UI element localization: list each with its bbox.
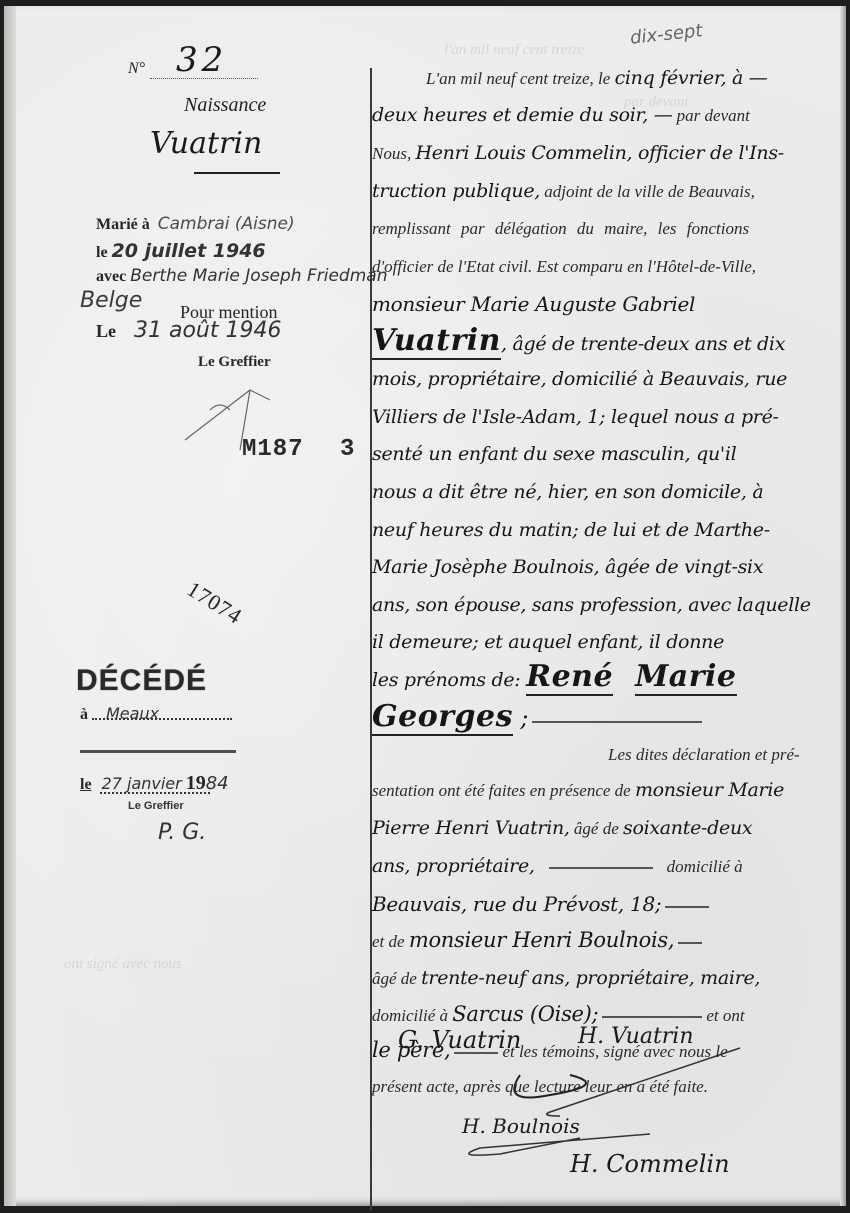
body-line-4: truction publique, adjoint de la ville d…	[372, 173, 824, 209]
avec-label: avec	[96, 268, 126, 285]
page-edge-shadow	[840, 6, 846, 1206]
body-line-11: senté un enfant du sexe masculin, qu'il	[372, 436, 824, 472]
body-print: L'an mil neuf cent treize, le	[426, 69, 615, 88]
body-line-6: d'officier de l'Etat civil. Est comparu …	[372, 248, 824, 284]
filler-stroke	[532, 721, 702, 723]
body-print: âgé de	[372, 969, 421, 988]
body-handwriting: , âgé de trente-deux ans et dix	[501, 333, 785, 355]
body-line-16: il demeure; et auquel enfant, il donne	[372, 624, 824, 660]
marriage-date-label: le	[96, 244, 108, 261]
child-third-name: Georges	[372, 699, 513, 736]
bleed-through-text: ont signé avec nous	[64, 956, 182, 973]
death-year-printed: 19	[186, 772, 206, 794]
marriage-date-row: le 20 juillet 1946	[96, 240, 266, 262]
body-line-24: et de monsieur Henri Boulnois,	[372, 922, 824, 958]
marriage-date: 20 juillet 1946	[112, 240, 266, 262]
body-line-25: âgé de trente-neuf ans, propriétaire, ma…	[372, 960, 824, 996]
body-print: remplissant par délégation du maire, les…	[372, 219, 749, 238]
marriage-mention-stamp: Marié à Cambrai (Aisne)	[96, 214, 295, 234]
record-number-value: 32	[176, 40, 227, 80]
body-handwriting: ;	[513, 704, 528, 732]
body-handwriting: Beauvais, rue du Prévost, 18;	[372, 892, 661, 916]
death-year-written: 84	[206, 773, 229, 794]
body-line-20: sentation ont été faites en présence de …	[372, 772, 824, 808]
body-print: adjoint de la ville de Beauvais,	[540, 182, 755, 201]
greffier-initials: P. G.	[158, 820, 206, 845]
reference-stamp-suffix: 3	[340, 436, 354, 463]
body-handwriting: deux heures et demie du soir, —	[372, 104, 672, 126]
body-handwriting: les prénoms de:	[372, 669, 526, 691]
body-print: âgé de	[570, 819, 623, 838]
body-line-2: deux heures et demie du soir, — par deva…	[372, 97, 824, 133]
body-handwriting: Villiers de l'Isle-Adam, 1; lequel nous …	[372, 406, 779, 428]
mention-date-row: Le 31 août 1946	[96, 318, 281, 343]
body-line-12: nous a dit être né, hier, en son domicil…	[372, 474, 824, 510]
reference-stamp: M187	[242, 436, 304, 463]
body-handwriting: Pierre Henri Vuatrin,	[372, 817, 570, 839]
death-date-dotted-line	[100, 792, 210, 794]
page-spine-shadow	[4, 6, 16, 1206]
body-line-21: Pierre Henri Vuatrin, âgé de soixante-de…	[372, 810, 824, 846]
body-line-8: Vuatrin, âgé de trente-deux ans et dix	[372, 322, 824, 358]
marriage-place: Cambrai (Aisne)	[158, 214, 295, 234]
body-line-3: Nous, Henri Louis Commelin, officier de …	[372, 135, 824, 171]
body-line-19: Les dites déclaration et pré-	[372, 736, 824, 772]
record-number-dotted-line	[150, 78, 258, 79]
father-surname: Vuatrin	[372, 323, 501, 360]
child-first-name: René	[526, 659, 613, 696]
body-print: et de	[372, 932, 409, 951]
marie-label: Marié à	[96, 216, 150, 233]
body-print: Les dites déclaration et pré-	[608, 745, 800, 764]
filler-stroke	[678, 942, 702, 944]
signature-flourishes	[440, 1040, 760, 1170]
record-number-label: N°	[128, 60, 145, 78]
body-line-14: Marie Josèphe Boulnois, âgée de vingt-si…	[372, 549, 824, 585]
death-place-dotted-line	[92, 718, 232, 720]
body-handwriting: cinq février, à —	[615, 67, 768, 89]
body-handwriting: neuf heures du matin; de lui et de Marth…	[372, 519, 770, 541]
filler-stroke	[665, 906, 709, 908]
body-line-10: Villiers de l'Isle-Adam, 1; lequel nous …	[372, 399, 824, 435]
body-line-17: les prénoms de: RenéMarie	[372, 658, 824, 694]
body-handwriting: trente-neuf ans, propriétaire, maire,	[421, 967, 760, 989]
spouse-name: Berthe Marie Joseph Friedman	[130, 266, 387, 286]
body-line-22: ans, propriétaire,domicilié à	[372, 848, 824, 884]
death-greffier-label: Le Greffier	[128, 800, 184, 812]
body-handwriting: truction publique,	[372, 180, 540, 202]
body-print: et ont	[706, 1006, 744, 1025]
death-date: 27 janvier	[102, 774, 182, 793]
death-date-label: le	[80, 776, 92, 793]
body-handwriting: Henri Louis Commelin, officier de l'Ins-	[415, 142, 783, 164]
surname-underline	[194, 172, 280, 174]
child-second-name: Marie	[635, 659, 736, 696]
body-line-23: Beauvais, rue du Prévost, 18;	[372, 886, 824, 922]
body-handwriting: nous a dit être né, hier, en son domicil…	[372, 481, 763, 503]
margin-surname: Vuatrin	[150, 126, 262, 161]
le-label: Le	[96, 321, 116, 341]
body-handwriting: monsieur Henri Boulnois,	[409, 928, 674, 952]
body-handwriting: monsieur Marie	[635, 779, 784, 801]
body-handwriting: monsieur Marie Auguste Gabriel	[372, 292, 695, 316]
death-stamp-rule	[80, 750, 236, 753]
body-line-5: remplissant par délégation du maire, les…	[372, 210, 824, 246]
death-stamp-title: DÉCÉDÉ	[76, 664, 207, 698]
body-line-18: Georges ;	[372, 698, 824, 734]
body-handwriting: Marie Josèphe Boulnois, âgée de vingt-si…	[372, 556, 763, 578]
death-place: Meaux	[106, 704, 159, 723]
body-line-15: ans, son épouse, sans profession, avec l…	[372, 587, 824, 623]
body-handwriting: ans, propriétaire,	[372, 855, 535, 877]
death-place-row: à Meaux	[80, 704, 159, 724]
body-print: domicilié à	[667, 857, 743, 876]
filler-stroke	[549, 867, 653, 869]
body-print: Nous,	[372, 144, 415, 163]
body-print: par devant	[672, 106, 749, 125]
body-line-1: L'an mil neuf cent treize, le cinq févri…	[372, 60, 824, 96]
body-line-7: monsieur Marie Auguste Gabriel	[372, 286, 824, 322]
body-print: domicilié à	[372, 1006, 452, 1025]
body-line-13: neuf heures du matin; de lui et de Marth…	[372, 512, 824, 548]
body-line-9: mois, propriétaire, domicilié à Beauvais…	[372, 361, 824, 397]
marriage-spouse-row: avec Berthe Marie Joseph Friedman	[96, 266, 387, 286]
greffier-label: Le Greffier	[198, 354, 271, 371]
body-handwriting: il demeure; et auquel enfant, il donne	[372, 631, 724, 653]
body-handwriting: Sarcus (Oise);	[452, 1002, 598, 1026]
body-handwriting: senté un enfant du sexe masculin, qu'il	[372, 443, 736, 465]
body-handwriting: mois, propriétaire, domicilié à Beauvais…	[372, 368, 787, 390]
spouse-nationality: Belge	[80, 288, 142, 313]
death-place-label: à	[80, 706, 88, 723]
body-handwriting: soixante-deux	[623, 817, 752, 839]
act-type-heading: Naissance	[184, 94, 266, 117]
filler-stroke	[602, 1016, 702, 1018]
body-handwriting: ans, son épouse, sans profession, avec l…	[372, 594, 811, 616]
mention-date: 31 août 1946	[134, 318, 281, 343]
body-print: d'officier de l'Etat civil. Est comparu …	[372, 257, 756, 276]
bleed-through-text: l'an mil neuf cent treize	[444, 42, 584, 59]
body-print: sentation ont été faites en présence de	[372, 781, 635, 800]
